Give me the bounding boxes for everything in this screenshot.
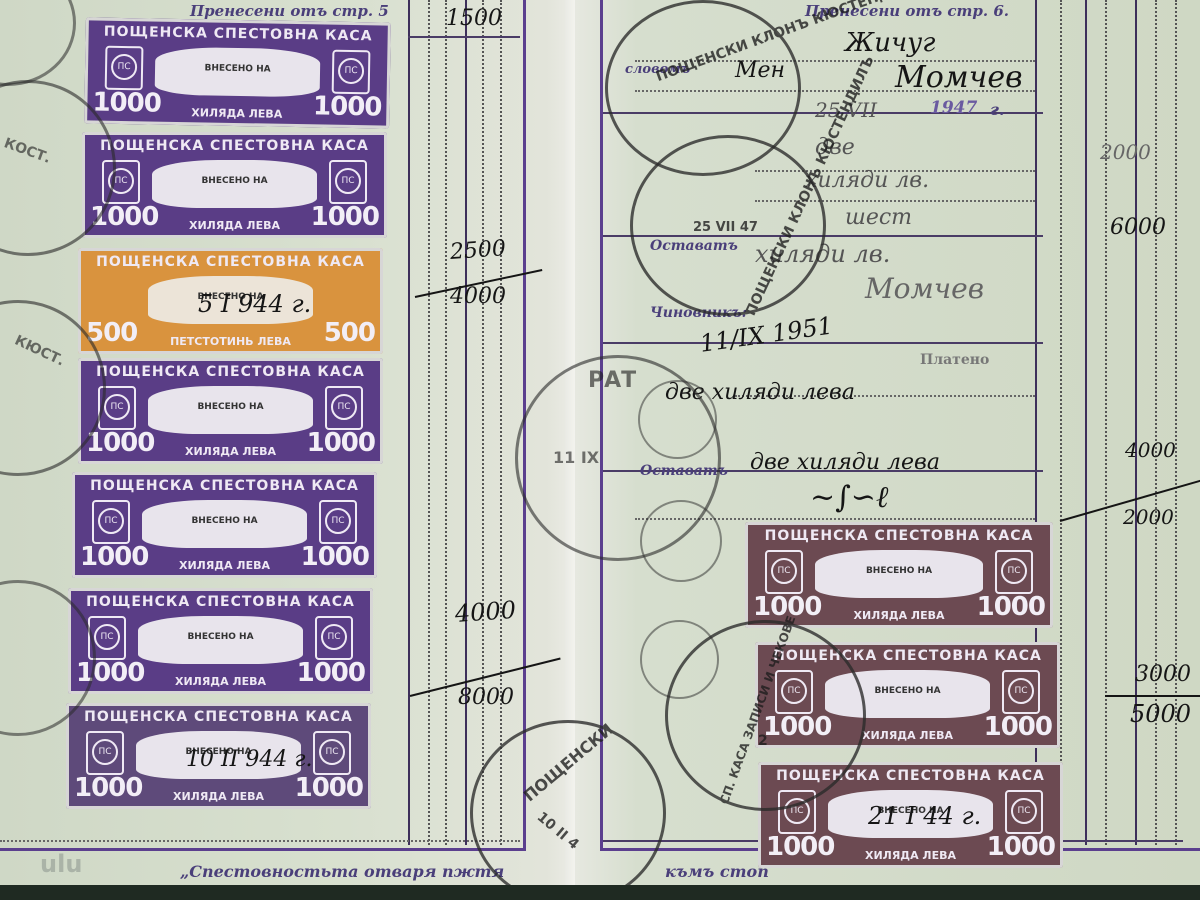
stamp-issuer: ПОЩЕНСКА СПЕСТОВНА КАСА bbox=[753, 528, 1045, 544]
stamp-issuer: ПОЩЕНСКА СПЕСТОВНА КАСА bbox=[76, 594, 365, 610]
sum-line bbox=[1105, 695, 1200, 697]
stamp-caption: ВНЕСЕНО НА bbox=[82, 176, 387, 186]
label-paid: Платено bbox=[920, 352, 989, 368]
fiscal-stamp-500: ПОЩЕНСКА СПЕСТОВНА КАСА ВНЕСЕНО НА 500 5… bbox=[78, 248, 383, 354]
ledger-dotted-line bbox=[1105, 0, 1107, 845]
stamp-issuer: ПОЩЕНСКА СПЕСТОВНА КАСА bbox=[74, 709, 363, 725]
handwritten-line: Момчев bbox=[865, 272, 984, 305]
stamp-caption: ВНЕСЕНО НА bbox=[72, 516, 377, 526]
stamp-words: ХИЛЯДА ЛЕВА bbox=[758, 849, 1063, 862]
ledger-total: 4000 bbox=[450, 284, 506, 309]
stamp-issuer: ПОЩЕНСКА СПЕСТОВНА КАСА bbox=[90, 138, 379, 154]
ledger-column-line bbox=[408, 0, 410, 845]
postmark-text: ПОЩЕНСКИ bbox=[520, 720, 617, 806]
stamp-handwritten-date: 10 II 944 г. bbox=[186, 747, 312, 772]
handwritten-remaining: две хиляди лева bbox=[750, 450, 940, 475]
handwritten-surname: Момчев bbox=[895, 60, 1023, 95]
postmark-date: 2 bbox=[758, 733, 768, 749]
stamp-issuer: ПОЩЕНСКА СПЕСТОВНА КАСА bbox=[80, 478, 369, 494]
handwritten-line: шест bbox=[845, 205, 912, 230]
printed-year: 1947 bbox=[930, 98, 977, 118]
stamp-words: ХИЛЯДА ЛЕВА bbox=[72, 559, 377, 572]
ledger-amount: 3000 bbox=[1135, 662, 1191, 687]
fiscal-stamp-1000: ПОЩЕНСКА СПЕСТОВНА КАСА ПС ПС ВНЕСЕНО НА… bbox=[72, 472, 377, 578]
postmark-text: КЮСТ. bbox=[12, 333, 67, 370]
fiscal-stamp-1000: ПОЩЕНСКА СПЕСТОВНА КАСА ПС ПС ВНЕСЕНО НА… bbox=[78, 358, 383, 464]
ledger-dotted-line bbox=[445, 0, 447, 845]
stamp-words: ХИЛЯДА ЛЕВА bbox=[82, 219, 387, 232]
ledger-amount: 6000 bbox=[1110, 215, 1166, 240]
stamp-words: ХИЛЯДА ЛЕВА bbox=[68, 675, 373, 688]
ledger-amount: 2000 bbox=[1123, 505, 1174, 529]
footer-slogan: къмъ стоп bbox=[665, 862, 769, 881]
postmark-date: 11 IX bbox=[553, 448, 599, 467]
ledger-amount: 2000 bbox=[1100, 140, 1151, 164]
postmark-text: КОСТ. bbox=[2, 135, 53, 167]
ledger-dotted-line bbox=[482, 0, 484, 845]
carried-forward-label: Пренесени отъ стр. 5 bbox=[190, 2, 389, 20]
postmark: ПОЩЕНСКИ КЛОНЪ КЮСТЕНДИЛЪ 25 VII 47 bbox=[630, 135, 826, 316]
fiscal-stamp-1000: ПОЩЕНСКА СПЕСТОВНА КАСА ПС ПС ВНЕСЕНО НА… bbox=[84, 17, 391, 128]
postmark bbox=[638, 380, 717, 459]
ledger-amount: 4000 bbox=[1125, 438, 1176, 462]
fiscal-stamp-1000: ПОЩЕНСКА СПЕСТОВНА КАСА ПС ПС ВНЕСЕНО НА… bbox=[745, 522, 1053, 628]
postmark-text: РАТ bbox=[588, 368, 636, 393]
watermark: ulu bbox=[40, 850, 82, 878]
stamp-handwritten-date: 21 I 44 г. bbox=[868, 802, 981, 830]
ledger-dotted-line bbox=[1060, 0, 1062, 845]
ledger-column-line bbox=[1085, 0, 1087, 845]
carried-forward-amount: 1500 bbox=[446, 6, 502, 31]
stamp-words: ХИЛЯДА ЛЕВА bbox=[78, 445, 383, 458]
footer-dotted-rule bbox=[0, 840, 520, 842]
header-rule bbox=[408, 36, 520, 38]
handwritten-name: Жичуг bbox=[845, 28, 935, 58]
ledger-total: 8000 bbox=[458, 685, 514, 710]
stamp-issuer: ПОЩЕНСКА СПЕСТОВНА КАСА bbox=[86, 364, 375, 380]
stamp-issuer: ПОЩЕНСКА СПЕСТОВНА КАСА bbox=[94, 23, 383, 44]
fiscal-stamp-1000: ПОЩЕНСКА СПЕСТОВНА КАСА ПС ПС ВНЕСЕНО НА… bbox=[82, 132, 387, 238]
year-suffix: г. bbox=[990, 100, 1005, 119]
book-cover-edge bbox=[0, 885, 1200, 900]
stamp-caption: ВНЕСЕНО НА bbox=[68, 632, 373, 642]
ledger-dotted-line bbox=[500, 0, 502, 845]
stamp-words: ХИЛЯДА ЛЕВА bbox=[66, 790, 371, 803]
postmark-text: СП. КАСА ЗАПИСИ И ЧЕКОВЕ bbox=[717, 614, 798, 806]
stamp-caption: ВНЕСЕНО НА bbox=[745, 566, 1053, 576]
clerk-signature: ~∫∽ℓ bbox=[810, 480, 888, 515]
postmark: ПОЩЕНСКИ 10 II 4 bbox=[470, 720, 666, 900]
ledger-amount: 5000 bbox=[1130, 700, 1191, 728]
stamp-words: ПЕТСТОТИНЬ ЛЕВА bbox=[78, 335, 383, 348]
fiscal-stamp-1000: ПОЩЕНСКА СПЕСТОВНА КАСА ПС ПС ВНЕСЕНО НА… bbox=[66, 703, 371, 809]
stamp-issuer: ПОЩЕНСКА СПЕСТОВНА КАСА bbox=[86, 254, 375, 270]
stamp-handwritten-date: 5 I 944 г. bbox=[198, 290, 311, 318]
ledger-dotted-line bbox=[428, 0, 430, 845]
ledger-amount: 2500 bbox=[449, 236, 507, 265]
stamp-caption: ВНЕСЕНО НА bbox=[78, 402, 383, 412]
footer-slogan: „Спестовностьта отваря пжтя bbox=[180, 862, 504, 881]
fiscal-stamp-1000: ПОЩЕНСКА СПЕСТОВНА КАСА ПС ПС ВНЕСЕНО НА… bbox=[68, 588, 373, 694]
postmark-date: 10 II 4 bbox=[534, 809, 582, 853]
ledger-amount: 4000 bbox=[454, 596, 517, 628]
ledger-column-line bbox=[465, 0, 467, 845]
postmark bbox=[640, 620, 719, 699]
postmark bbox=[640, 500, 722, 582]
postmark-date: 25 VII 47 bbox=[693, 220, 758, 235]
form-rule bbox=[603, 342, 1043, 344]
